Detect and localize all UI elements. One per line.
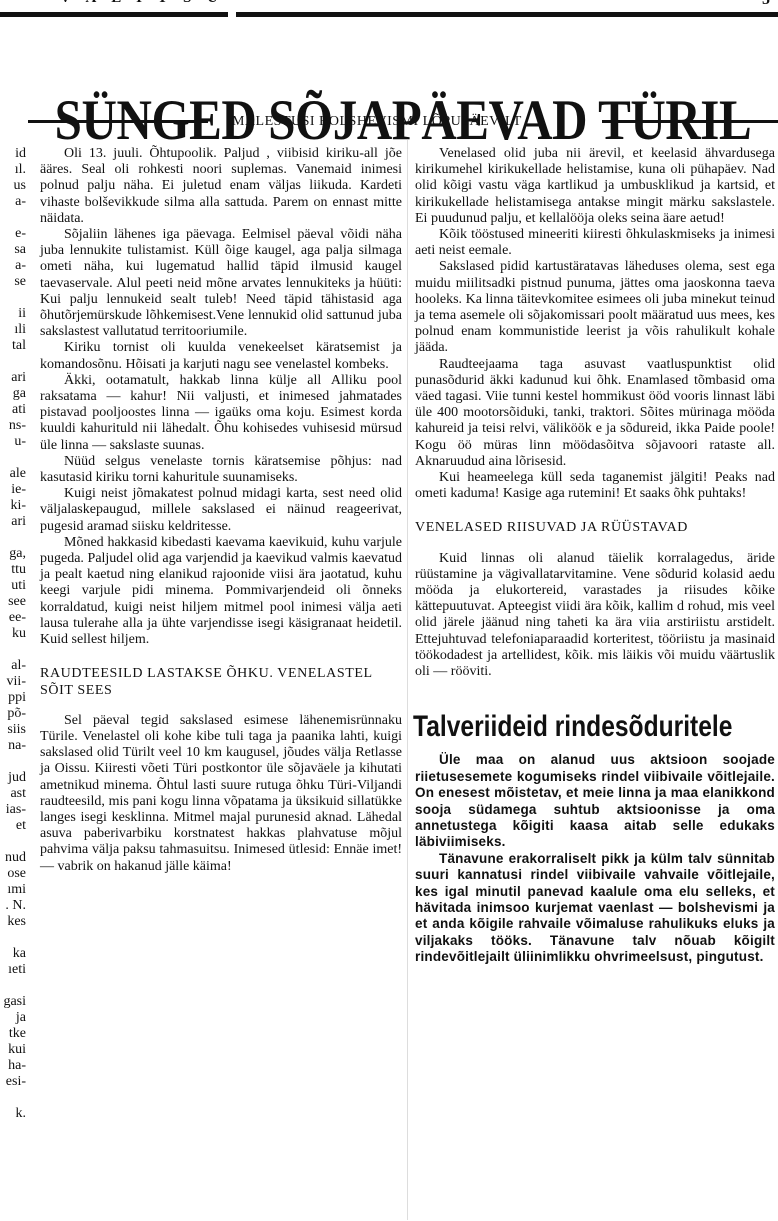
cropped-text-fragment: us bbox=[0, 178, 26, 194]
section-heading-bridge: RAUDTEESILD LASTAKSE ÕHKU. VENELASTEL SÕ… bbox=[40, 666, 402, 698]
paragraph: Nüüd selgus venelaste tornis käratsemise… bbox=[40, 454, 402, 486]
paragraph: Kõik tööstused mineeriti kiiresti õhkula… bbox=[415, 227, 775, 259]
page-number: 5 bbox=[762, 0, 770, 9]
cropped-text-fragment: ias- bbox=[0, 802, 26, 818]
article-winter-clothes: Talveriideid rindesõduritele Üle maa on … bbox=[415, 710, 775, 965]
cropped-text-fragment: et bbox=[0, 818, 26, 834]
paragraph: Raudteejaama taga asuvast vaatluspunktis… bbox=[415, 357, 775, 470]
cropped-text-fragment: ari bbox=[0, 514, 26, 530]
paragraph: Tänavune erakorraliselt pikk ja külm tal… bbox=[415, 851, 775, 966]
cropped-text-fragment bbox=[0, 450, 26, 466]
subheadline-row: MÄLESTUSI BOLSHEVISMI LÕPUPÄEVILT bbox=[28, 114, 778, 130]
cropped-text-fragment: ttu bbox=[0, 562, 26, 578]
cropped-text-fragment: nud bbox=[0, 850, 26, 866]
section-heading-looting: VENELASED RIISUVAD JA RÜÜSTAVAD bbox=[415, 520, 775, 536]
paragraph: Kuigi neist jõmakatest polnud midagi kar… bbox=[40, 486, 402, 535]
cropped-text-fragment: ıeti bbox=[0, 962, 26, 978]
cropped-text-fragment: ie- bbox=[0, 482, 26, 498]
paragraph: Üle maa on alanud uus aktsioon soojade r… bbox=[415, 752, 775, 850]
article-column-right: Venelased olid juba nii ärevil, et keela… bbox=[415, 146, 775, 966]
cropped-text-fragment: ati bbox=[0, 402, 26, 418]
cropped-text-fragment: ari bbox=[0, 370, 26, 386]
cropped-text-fragment bbox=[0, 354, 26, 370]
cropped-text-fragment: u- bbox=[0, 434, 26, 450]
paragraph: Kuid linnas oli alanud täielik korralage… bbox=[415, 551, 775, 681]
cropped-text-fragment: k. bbox=[0, 1106, 26, 1122]
article2-title: Talveriideid rindesõduritele bbox=[413, 710, 710, 744]
cropped-text-fragment: põ- bbox=[0, 706, 26, 722]
cropped-text-fragment: ıli bbox=[0, 322, 26, 338]
cropped-text-fragment: a- bbox=[0, 194, 26, 210]
cropped-text-fragment: al- bbox=[0, 658, 26, 674]
cropped-text-fragment: ja bbox=[0, 1010, 26, 1026]
column-left-paragraphs: Oli 13. juuli. Õhtupoolik. Paljud , viib… bbox=[40, 146, 402, 648]
masthead: V A L I T S U 5 bbox=[0, 0, 778, 22]
column-right-paragraphs: Venelased olid juba nii ärevil, et keela… bbox=[415, 146, 775, 502]
paragraph: Kui heameelega küll seda taganemist jälg… bbox=[415, 470, 775, 502]
cropped-text-fragment: gasi bbox=[0, 994, 26, 1010]
cropped-text-fragment: kui bbox=[0, 1042, 26, 1058]
cropped-text-fragment: jud bbox=[0, 770, 26, 786]
subheadline-rule-right bbox=[602, 120, 778, 123]
cropped-text-fragment: ki- bbox=[0, 498, 26, 514]
cropped-text-fragment: sa bbox=[0, 242, 26, 258]
subheadline: MÄLESTUSI BOLSHEVISMI LÕPUPÄEVILT bbox=[232, 114, 522, 130]
cropped-text-fragment: a- bbox=[0, 258, 26, 274]
cropped-text-fragment: se bbox=[0, 274, 26, 290]
cropped-text-fragment bbox=[0, 642, 26, 658]
masthead-label: V A L I T S U bbox=[60, 0, 224, 7]
cropped-text-fragment: ka bbox=[0, 946, 26, 962]
paragraph: Sel päeval tegid sakslased esimese lähen… bbox=[40, 713, 402, 875]
cropped-text-fragment: siis bbox=[0, 722, 26, 738]
cropped-text-fragment bbox=[0, 834, 26, 850]
paragraph: Kiriku tornist oli kuulda venekeelset kä… bbox=[40, 340, 402, 372]
cropped-text-fragment: ku bbox=[0, 626, 26, 642]
cropped-text-fragment: ose bbox=[0, 866, 26, 882]
paragraph: Venelased olid juba nii ärevil, et keela… bbox=[415, 146, 775, 227]
column-divider bbox=[407, 140, 408, 1220]
paragraph: Sõjaliin lähenes iga päevaga. Eelmisel p… bbox=[40, 227, 402, 340]
cropped-text-fragment: ppi bbox=[0, 690, 26, 706]
cropped-text-fragment: . N. bbox=[0, 898, 26, 914]
cropped-text-fragment bbox=[0, 978, 26, 994]
cropped-text-fragment: ale bbox=[0, 466, 26, 482]
cropped-text-fragment: uti bbox=[0, 578, 26, 594]
cropped-text-fragment: vii- bbox=[0, 674, 26, 690]
cropped-text-fragment: see bbox=[0, 594, 26, 610]
paragraph: Mõned hakkasid kibedasti kaevama kaeviku… bbox=[40, 535, 402, 648]
cropped-text-fragment: ns- bbox=[0, 418, 26, 434]
subheadline-rule-left bbox=[28, 120, 208, 123]
section-bridge-paragraphs: Sel päeval tegid sakslased esimese lähen… bbox=[40, 713, 402, 875]
cropped-text-fragment: tke bbox=[0, 1026, 26, 1042]
cropped-text-fragment: na- bbox=[0, 738, 26, 754]
cropped-text-fragment bbox=[0, 754, 26, 770]
cropped-text-fragment bbox=[0, 290, 26, 306]
cropped-text-fragment: tal bbox=[0, 338, 26, 354]
cropped-text-fragment: ii bbox=[0, 306, 26, 322]
cropped-text-fragment bbox=[0, 1090, 26, 1106]
cropped-text-fragment: ımi bbox=[0, 882, 26, 898]
cropped-text-fragment bbox=[0, 930, 26, 946]
cropped-text-fragment: ga bbox=[0, 386, 26, 402]
paragraph: Äkki, ootamatult, hakkab linna külje all… bbox=[40, 373, 402, 454]
cropped-text-fragment: ee- bbox=[0, 610, 26, 626]
cropped-text-fragment: ast bbox=[0, 786, 26, 802]
top-rule bbox=[0, 12, 778, 17]
section-looting-paragraphs: Kuid linnas oli alanud täielik korralage… bbox=[415, 551, 775, 681]
cropped-text-fragment: id bbox=[0, 146, 26, 162]
cropped-left-column: idıl.usa-e-saa-seiiılitalarigaatins-u-al… bbox=[0, 146, 26, 1122]
cropped-text-fragment: e- bbox=[0, 226, 26, 242]
article-column-left: Oli 13. juuli. Õhtupoolik. Paljud , viib… bbox=[40, 146, 402, 875]
cropped-text-fragment: ha- bbox=[0, 1058, 26, 1074]
cropped-text-fragment bbox=[0, 530, 26, 546]
paragraph: Oli 13. juuli. Õhtupoolik. Paljud , viib… bbox=[40, 146, 402, 227]
cropped-text-fragment: ıl. bbox=[0, 162, 26, 178]
paragraph: Sakslased pidid kartustäratavas läheduse… bbox=[415, 259, 775, 356]
article2-paragraphs: Üle maa on alanud uus aktsioon soojade r… bbox=[415, 752, 775, 965]
cropped-text-fragment bbox=[0, 210, 26, 226]
cropped-text-fragment: esi- bbox=[0, 1074, 26, 1090]
cropped-text-fragment: kes bbox=[0, 914, 26, 930]
cropped-text-fragment: ga, bbox=[0, 546, 26, 562]
